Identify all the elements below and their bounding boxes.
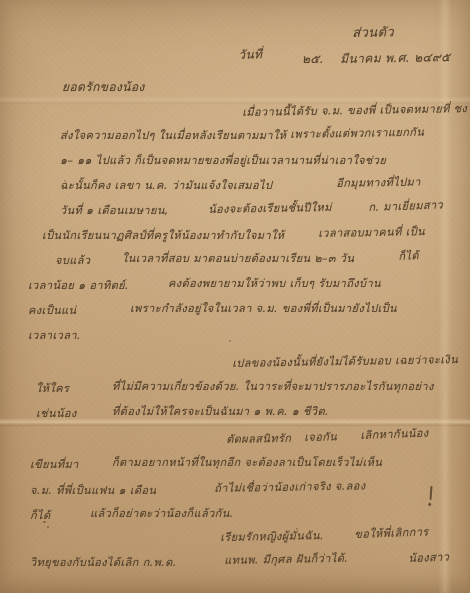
handwriting-line: เป็นนักเรียนนาฏศิลป์ที่ครูให้น้องมาทำกับ… <box>42 226 284 244</box>
handwriting-line: ส่งใจความออกไปๆ ในเมื่อหลังเรียนตามมาให้ <box>60 126 286 144</box>
handwriting-line: ก็ได้ <box>30 506 51 524</box>
fold-crease-vertical <box>438 0 452 593</box>
handwriting-line: น้องจะต้องเรียนชั้นปีใหม่ <box>208 198 332 218</box>
handwriting-line: คงเป็นแน่ <box>28 301 76 319</box>
handwriting-line: เพราะตั้งแต่พวกเราแยกกัน <box>290 123 424 143</box>
handwriting-line: ก็ได้ <box>398 246 419 265</box>
handwriting-line: ๒๕. <box>302 50 324 69</box>
handwriting-line: ที่ไม่มีความเกี่ยวข้องด้วย. ในวาระที่จะม… <box>112 377 434 395</box>
handwriting-line: แล้วก็อย่าตะว่าน้องก็แล้วกัน. <box>90 504 234 522</box>
handwriting-line: ก. มาเยี่ยมสาว <box>368 195 443 216</box>
handwriting-line: วันที่ ๑ เดือนเมษายน, <box>60 201 169 219</box>
handwriting-line: ที่ต้องไม่ให้ใครจะเป็นฉันมา ๑ พ.ค. ๑ ชีว… <box>112 402 329 420</box>
handwriting-line: เวลาเวลา. <box>28 326 81 344</box>
paper-speck <box>229 340 231 342</box>
handwriting-line: เมื่อวานนี้ได้รับ จ.ม. ของพี่ เป็นจดหมาย… <box>242 99 467 121</box>
handwriting-line: เพราะกำลังอยู่ใจในเวลา จ.ม. ของพี่ที่เป็… <box>130 299 397 317</box>
handwriting-line: ในเวลาที่สอบ มาตอนบ่ายต้องมาเรียน ๒–๓ วั… <box>122 249 354 267</box>
paper-speck <box>64 180 66 182</box>
handwriting-line: เวลาน้อย ๑ อาทิตย์. <box>28 276 129 294</box>
handwriting-line: เรียมรักหญิงผู้มั่นฉัน. <box>220 526 324 546</box>
handwriting-line: เจอกัน <box>304 427 337 446</box>
ink-speck <box>43 521 46 523</box>
handwriting-line: ยอดรักของน้อง <box>62 78 145 97</box>
handwriting-line: ก็ตามอยากหน้าที่ในทุกอีก จะต้องลาเป็นโดย… <box>112 453 382 471</box>
handwriting-line: ขอให้พี่เลิกการ <box>354 522 429 543</box>
handwriting-line: น้องสาว <box>408 548 450 567</box>
handwriting-line: วันที่ <box>238 45 263 65</box>
handwriting-line: คงต้องพยายามให้ว่าพบ เก็บๆ รับมาถึงบ้าน <box>168 274 381 292</box>
handwriting-line: จบแล้ว <box>55 251 90 269</box>
handwriting-line: เวลาสอบมาคนที่ เป็น <box>318 222 425 242</box>
handwriting-line: ๑– ๑๑ ไปแล้ว ก็เป็นจดหมายของพี่อยู่เป็นเ… <box>60 151 386 169</box>
handwriting-line: เลิกหากันน้อง <box>360 424 429 444</box>
handwriting-line: มีนาคม พ.ศ. ๒๔๙๕ <box>340 48 451 69</box>
handwriting-line: อีกมุมทางที่ไปมา <box>336 173 421 192</box>
handwriting-line: เปลของน้องนั้นที่ยังไม่ได้รับมอบ เฉยว่าจ… <box>232 350 458 372</box>
handwriting-line: แทนพ. มีกุศล ฝันก็ว่าได้. <box>224 549 348 569</box>
letter-paper: ส่วนตัววันที่๒๕.มีนาคม พ.ศ. ๒๔๙๕ยอดรักขอ… <box>0 0 470 593</box>
ink-stroke-exclamation <box>430 486 433 500</box>
handwriting-line: ฉะนั้นก็คง เลขา น.ค. ว่ามันแจ้งใจเสมอไป <box>60 176 272 194</box>
handwriting-line: จ.ม. ที่พี่เป็นแฟน ๑ เดือน <box>30 481 156 499</box>
handwriting-line: ตัดผลสนิทรัก <box>226 429 291 448</box>
handwriting-line: ให้ใคร <box>36 379 69 397</box>
handwriting-line: ถ้าไม่เชื่อว่าน้องเก่าจริง จ.ลอง <box>214 476 366 497</box>
ink-speck <box>47 526 49 528</box>
handwriting-line: เช่นน้อง <box>36 404 77 422</box>
handwriting-line: ส่วนตัว <box>352 21 394 43</box>
handwriting-line: วิทยุของกับน้องได้เลิก ก.พ.ด. <box>30 553 177 571</box>
handwriting-line: เขียนที่มา <box>30 455 79 473</box>
